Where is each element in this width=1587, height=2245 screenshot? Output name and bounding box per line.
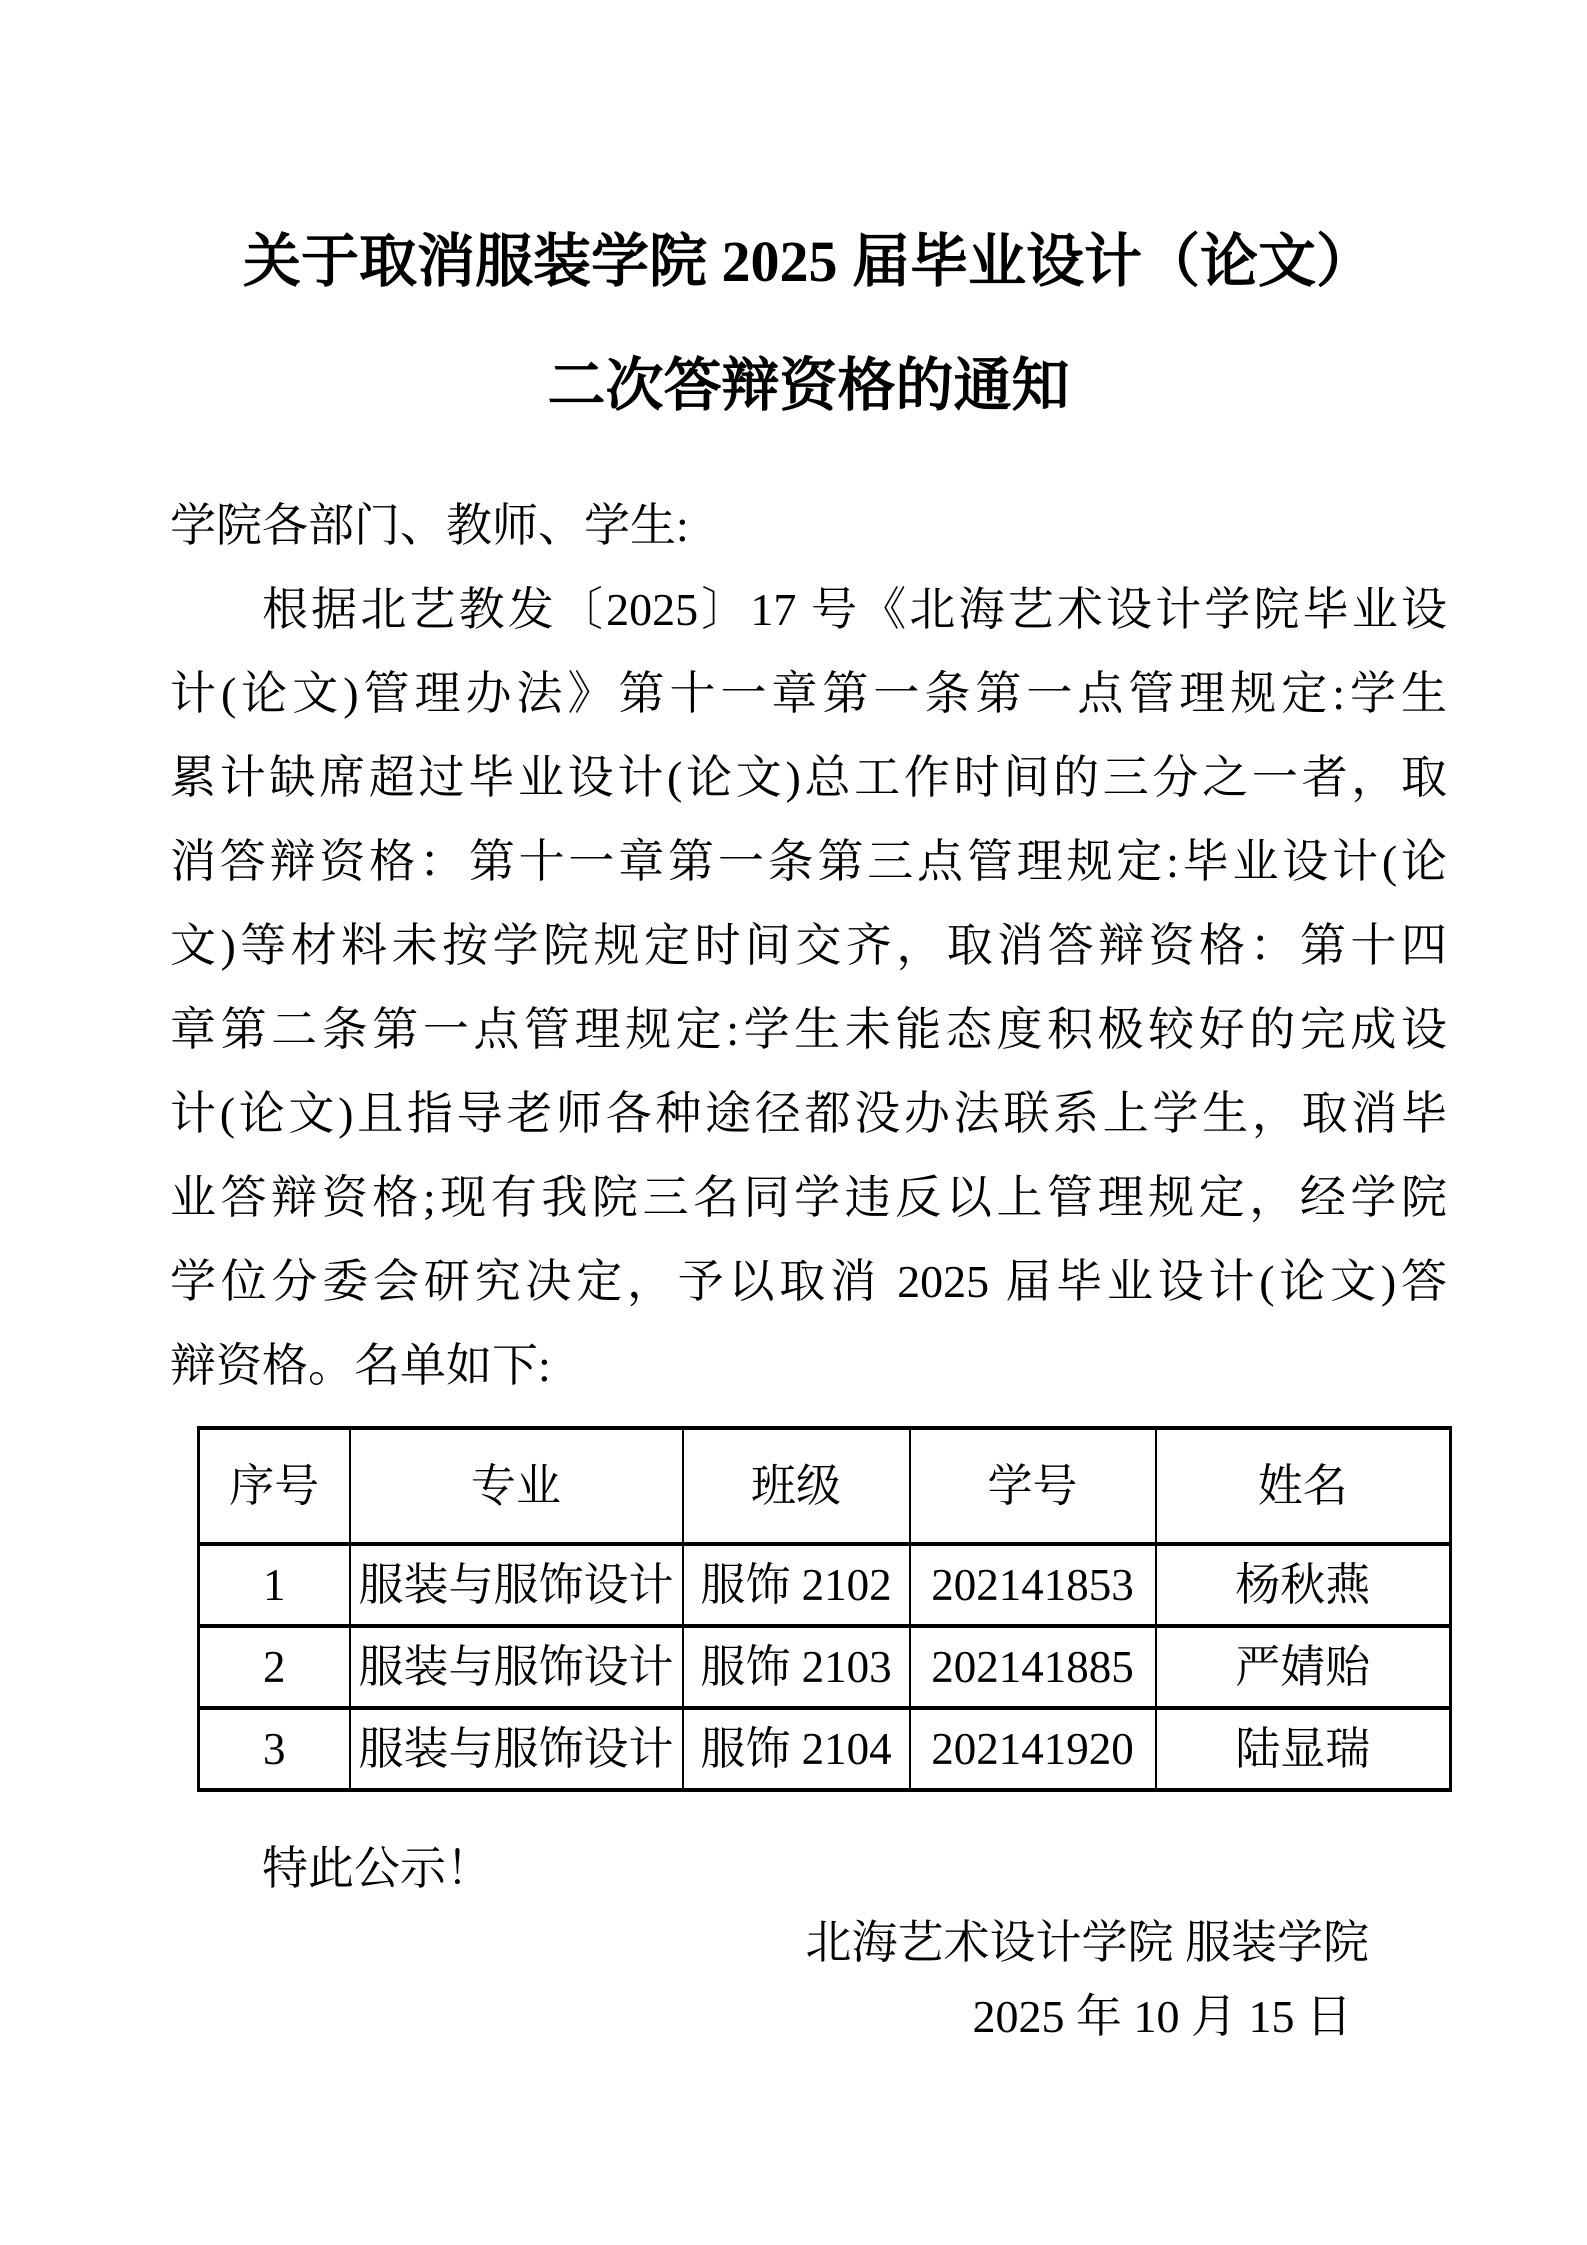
cancellation-roster-table: 序号 专业 班级 学号 姓名 1 服装与服饰设计 服饰 2102 2021418… — [197, 1426, 1452, 1792]
paragraph-line: 计(论文)且指导老师各种途径都没办法联系上学生，取消毕 — [170, 1072, 1447, 1156]
cell-student-id: 202141885 — [910, 1626, 1156, 1708]
salutation-line: 学院各部门、教师、学生: — [170, 484, 1447, 568]
cell-major: 服装与服饰设计 — [350, 1626, 683, 1708]
signature-line: 北海艺术设计学院 服装学院 — [170, 1906, 1447, 1980]
table-header-row: 序号 专业 班级 学号 姓名 — [199, 1428, 1451, 1544]
table-row: 2 服装与服饰设计 服饰 2103 202141885 严婧贻 — [199, 1626, 1451, 1708]
cell-name: 杨秋燕 — [1156, 1544, 1451, 1626]
cell-major: 服装与服饰设计 — [350, 1544, 683, 1626]
notice-content: 关于取消服装学院 2025 届毕业设计（论文） 二次答辩资格的通知 学院各部门、… — [170, 0, 1447, 2054]
table-header-major: 专业 — [350, 1428, 683, 1544]
table-row: 3 服装与服饰设计 服饰 2104 202141920 陆显瑞 — [199, 1708, 1451, 1790]
document-title-line1: 关于取消服装学院 2025 届毕业设计（论文） — [170, 222, 1447, 302]
paragraph-line: 计(论文)管理办法》第十一章第一条第一点管理规定:学生 — [170, 652, 1447, 736]
closing-statement: 特此公示！ — [170, 1832, 1447, 1906]
paragraph-line: 文)等材料未按学院规定时间交齐，取消答辩资格：第十四 — [170, 904, 1447, 988]
cell-index: 1 — [199, 1544, 350, 1626]
paragraph-line: 消答辩资格：第十一章第一条第三点管理规定:毕业设计(论 — [170, 820, 1447, 904]
date-line: 2025 年 10 月 15 日 — [170, 1980, 1447, 2054]
notice-document-page: 关于取消服装学院 2025 届毕业设计（论文） 二次答辩资格的通知 学院各部门、… — [0, 0, 1587, 2245]
cell-name: 陆显瑞 — [1156, 1708, 1451, 1790]
cell-index: 2 — [199, 1626, 350, 1708]
cell-major: 服装与服饰设计 — [350, 1708, 683, 1790]
paragraph-line: 业答辩资格;现有我院三名同学违反以上管理规定，经学院 — [170, 1156, 1447, 1240]
cell-class: 服饰 2104 — [683, 1708, 910, 1790]
cell-class: 服饰 2102 — [683, 1544, 910, 1626]
table-header-name: 姓名 — [1156, 1428, 1451, 1544]
paragraph-line: 根据北艺教发〔2025〕17 号《北海艺术设计学院毕业设 — [170, 568, 1447, 652]
table-header-student-id: 学号 — [910, 1428, 1156, 1544]
document-title-line2: 二次答辩资格的通知 — [170, 346, 1447, 426]
paragraph-line-last: 辩资格。名单如下: — [170, 1324, 1447, 1408]
cell-student-id: 202141853 — [910, 1544, 1156, 1626]
cell-name: 严婧贻 — [1156, 1626, 1451, 1708]
table-row: 1 服装与服饰设计 服饰 2102 202141853 杨秋燕 — [199, 1544, 1451, 1626]
cell-student-id: 202141920 — [910, 1708, 1156, 1790]
cell-class: 服饰 2103 — [683, 1626, 910, 1708]
paragraph-line: 学位分委会研究决定，予以取消 2025 届毕业设计(论文)答 — [170, 1240, 1447, 1324]
table-header-index: 序号 — [199, 1428, 350, 1544]
paragraph-line: 累计缺席超过毕业设计(论文)总工作时间的三分之一者，取 — [170, 736, 1447, 820]
table-header-class: 班级 — [683, 1428, 910, 1544]
paragraph-line: 章第二条第一点管理规定:学生未能态度积极较好的完成设 — [170, 988, 1447, 1072]
cell-index: 3 — [199, 1708, 350, 1790]
